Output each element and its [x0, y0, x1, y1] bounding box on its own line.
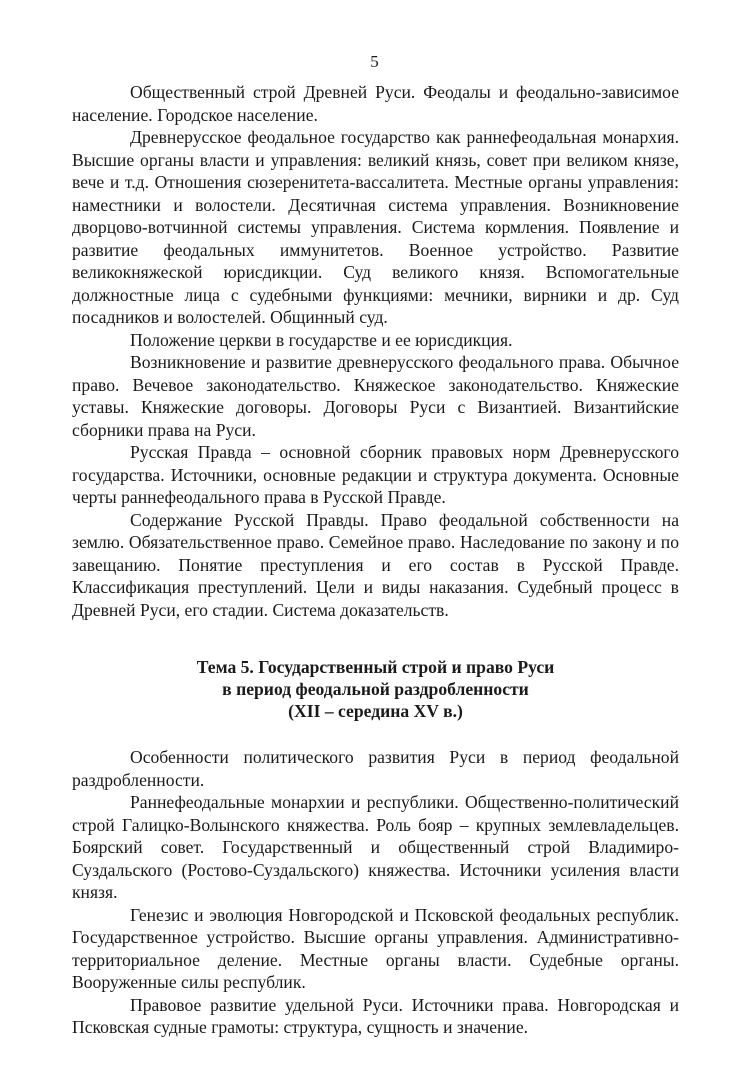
paragraph-legal-development: Правовое развитие удельной Руси. Источни… — [72, 994, 679, 1039]
document-page: 5 Общественный строй Древней Руси. Феода… — [0, 0, 749, 1080]
heading-line-1: Тема 5. Государственный строй и право Ру… — [72, 656, 679, 678]
paragraph-novgorod-pskov: Генезис и эволюция Новгородской и Псковс… — [72, 904, 679, 994]
topic5-body: Особенности политического развития Руси … — [72, 746, 679, 1039]
section-before-topic5: Общественный строй Древней Руси. Феодалы… — [72, 81, 679, 621]
paragraph-church: Положение церкви в государстве и ее юрис… — [72, 329, 679, 352]
heading-line-3: (XII – середина XV в.) — [72, 700, 679, 722]
paragraph-pravda-content: Содержание Русской Правды. Право феодаль… — [72, 509, 679, 622]
page-number: 5 — [0, 52, 749, 72]
paragraph-law-origin: Возникновение и развитие древнерусского … — [72, 351, 679, 441]
paragraph-political-development: Особенности политического развития Руси … — [72, 746, 679, 791]
paragraph-russkaya-pravda: Русская Правда – основной сборник правов… — [72, 441, 679, 509]
paragraph-monarchies-republics: Раннефеодальные монархии и республики. О… — [72, 791, 679, 904]
paragraph-state-structure: Древнерусское феодальное государство как… — [72, 126, 679, 329]
topic5-heading: Тема 5. Государственный строй и право Ру… — [72, 656, 679, 722]
paragraph-social-structure: Общественный строй Древней Руси. Феодалы… — [72, 81, 679, 126]
heading-line-2: в период феодальной раздробленности — [72, 678, 679, 700]
